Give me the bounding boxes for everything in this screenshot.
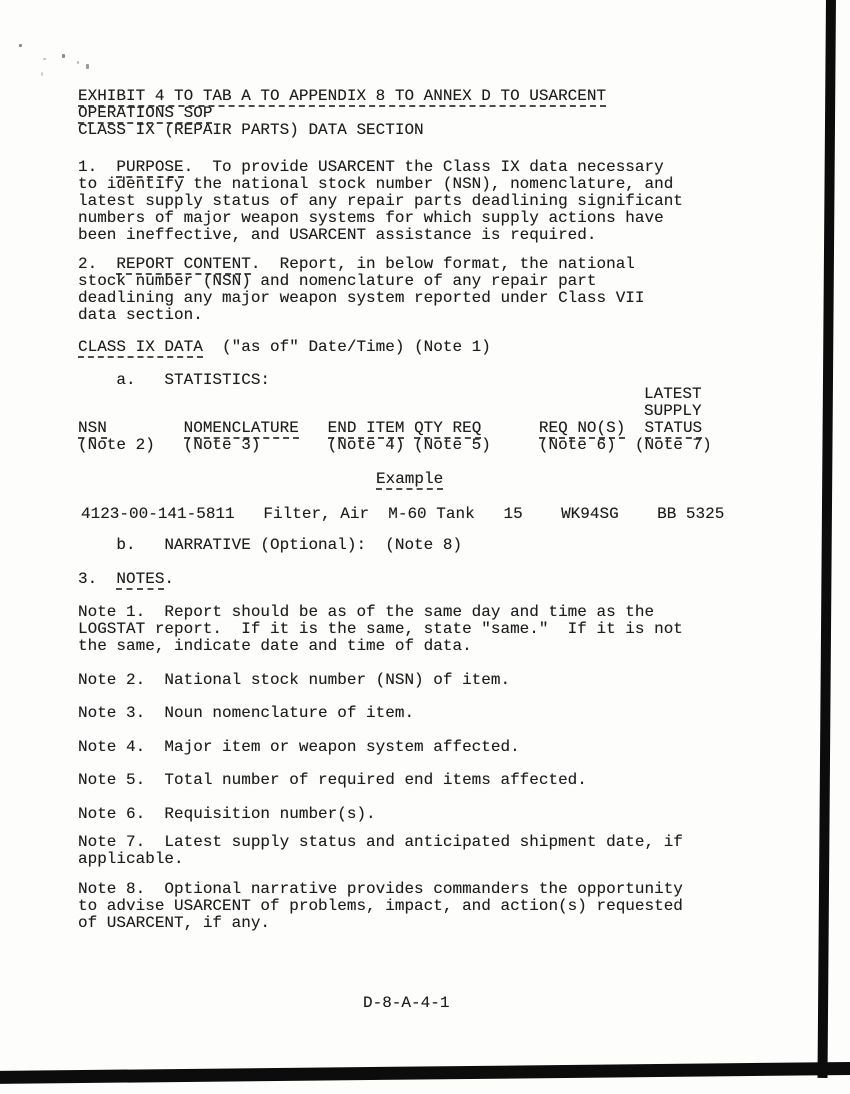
document-heading: EXHIBIT 4 TO TAB A TO APPENDIX 8 TO ANNE… — [78, 88, 606, 139]
class-ix-data-line: CLASS IX DATA ("as of" Date/Time) (Note … — [78, 339, 491, 356]
stats-header-latest: LATEST — [644, 386, 702, 403]
paragraph-purpose: 1. PURPOSE. To provide USARCENT the Clas… — [78, 159, 738, 244]
stats-header-supply: SUPPLY — [644, 403, 702, 420]
page-number: D-8-A-4-1 — [363, 995, 449, 1012]
paragraph-report-content: 2. REPORT CONTENT. Report, in below form… — [78, 256, 738, 324]
right-edge-scan-bar — [818, 0, 836, 1078]
column-gap — [481, 419, 539, 437]
class-ix-data-label: CLASS IX DATA — [78, 338, 203, 358]
paragraph-number: 3. — [78, 570, 116, 588]
note-4: Note 4. Major item or weapon system affe… — [78, 739, 758, 756]
scan-speck — [62, 54, 65, 58]
stats-table-header: NSN NOMENCLATURE END ITEM QTY REQ REQ NO… — [78, 420, 712, 454]
paragraph-number: 1. — [78, 158, 116, 176]
paragraph-number: 2. — [78, 255, 116, 273]
column-gap — [107, 419, 184, 437]
scan-speck — [43, 58, 46, 60]
notes-heading-label: NOTES — [116, 570, 164, 590]
note-refs-row: (Note 2) (Note 3) (Note 4) (Note 5) (Not… — [78, 436, 712, 454]
notes-heading: 3. NOTES. — [78, 571, 174, 588]
statistics-label: a. STATISTICS: — [78, 372, 270, 389]
column-gap — [404, 419, 414, 437]
note-2: Note 2. National stock number (NSN) of i… — [78, 672, 758, 689]
note-1: Note 1. Report should be as of the same … — [78, 604, 758, 655]
note-7: Note 7. Latest supply status and anticip… — [78, 834, 758, 868]
scanned-document-page: EXHIBIT 4 TO TAB A TO APPENDIX 8 TO ANNE… — [0, 0, 850, 1094]
example-heading: Example — [376, 471, 443, 488]
note-5: Note 5. Total number of required end ite… — [78, 772, 758, 789]
column-gap — [625, 419, 644, 437]
heading-line-3: CLASS IX (REPAIR PARTS) DATA SECTION — [78, 121, 424, 139]
column-gap — [299, 419, 328, 437]
note-6: Note 6. Requisition number(s). — [78, 806, 758, 823]
scan-speck — [41, 72, 43, 76]
narrative-line: b. NARRATIVE (Optional): (Note 8) — [78, 537, 462, 554]
note-3: Note 3. Noun nomenclature of item. — [78, 705, 758, 722]
scan-speck — [19, 44, 22, 47]
class-ix-data-rest: ("as of" Date/Time) (Note 1) — [203, 338, 491, 356]
notes-heading-period: . — [164, 570, 174, 588]
example-data-row: 4123-00-141-5811 Filter, Air M-60 Tank 1… — [81, 506, 724, 523]
note-8: Note 8. Optional narrative provides comm… — [78, 881, 758, 932]
document-text-column: EXHIBIT 4 TO TAB A TO APPENDIX 8 TO ANNE… — [78, 0, 790, 1094]
